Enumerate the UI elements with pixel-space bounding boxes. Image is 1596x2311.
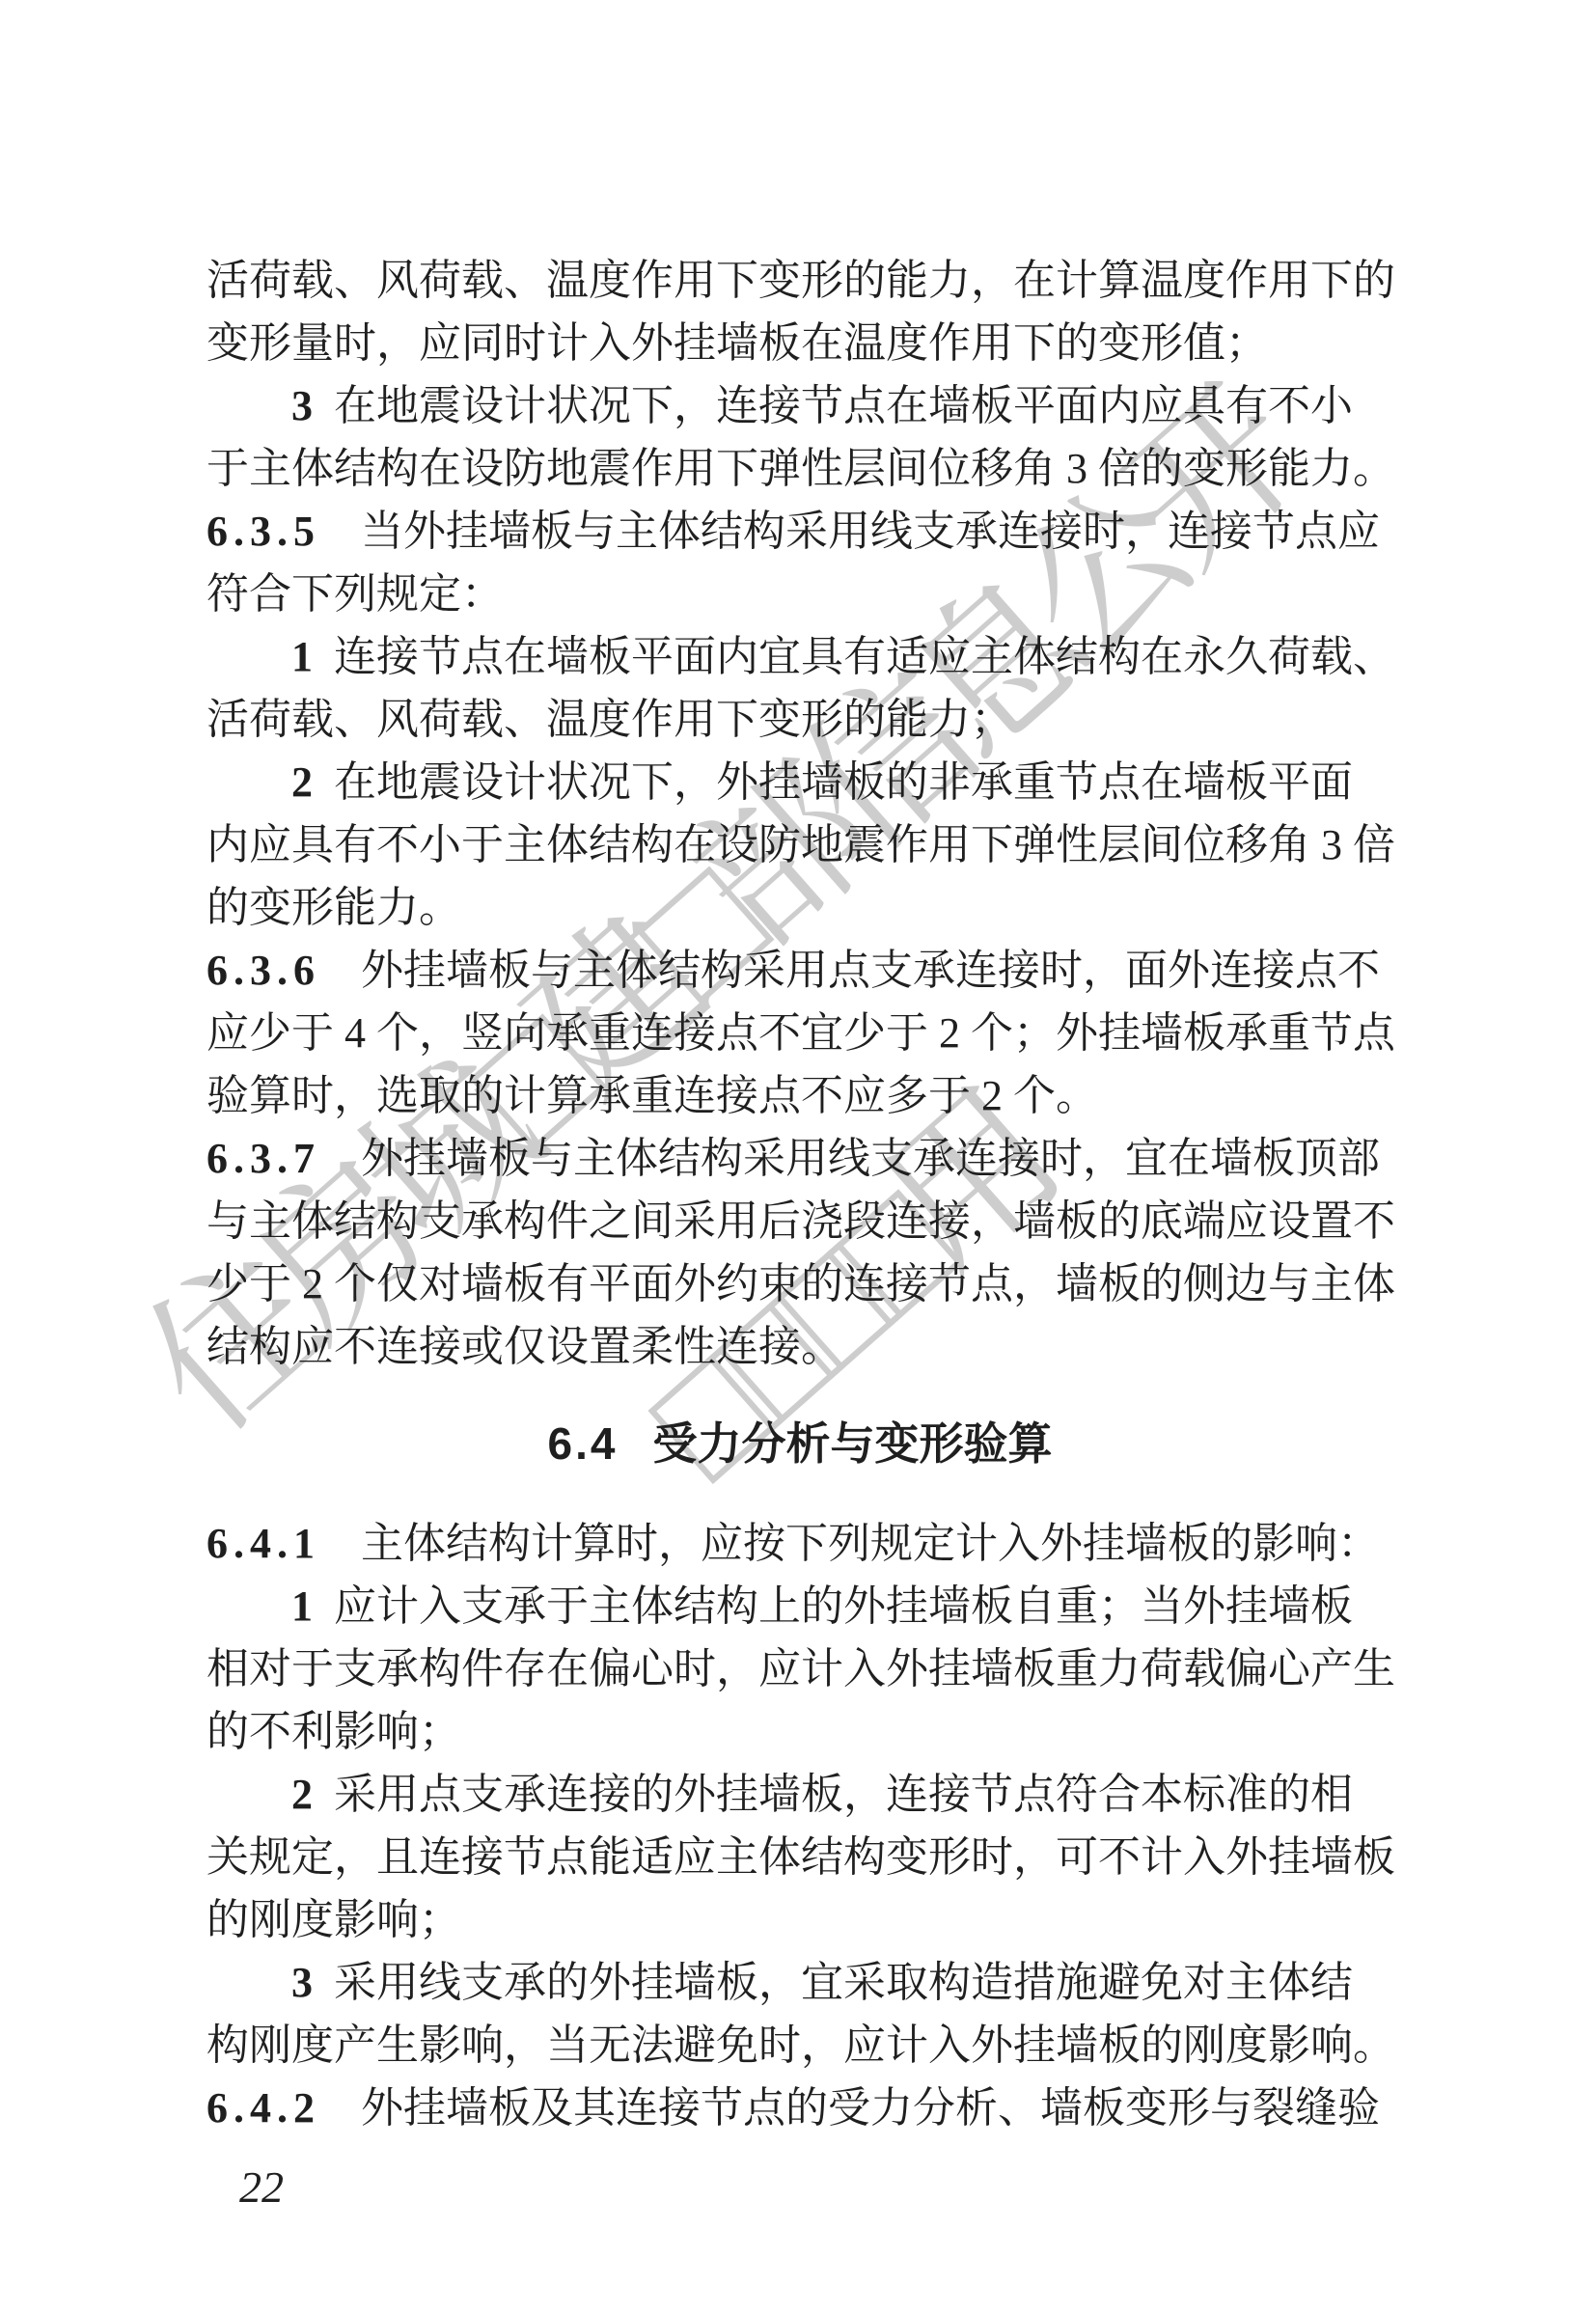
line-text: 应计入支承于主体结构上的外挂墙板自重；当外挂墙板 bbox=[334, 1582, 1353, 1630]
line-text: 主体结构计算时，应按下列规定计入外挂墙板的影响： bbox=[361, 1520, 1380, 1567]
line-text: 受力分析与变形验算 bbox=[652, 1418, 1052, 1469]
section-heading: 6.4受力分析与变形验算 bbox=[206, 1413, 1393, 1475]
text-line-4: 于主体结构在设防地震作用下弹性层间位移角 3 倍的变形能力。 bbox=[206, 437, 1393, 500]
text-line-11: 的变形能力。 bbox=[206, 876, 1393, 939]
line-text: 外挂墙板与主体结构采用线支承连接时，宜在墙板顶部 bbox=[361, 1135, 1380, 1182]
text-line-20: 6.4.1主体结构计算时，应按下列规定计入外挂墙板的影响： bbox=[206, 1512, 1393, 1575]
clause-number: 6.3.6 bbox=[206, 947, 320, 994]
text-line-1: 活荷载、风荷载、温度作用下变形的能力，在计算温度作用下的 bbox=[206, 249, 1393, 312]
line-text: 在地震设计状况下，连接节点在墙板平面内应具有不小 bbox=[334, 382, 1353, 429]
line-text: 于主体结构在设防地震作用下弹性层间位移角 3 倍的变形能力。 bbox=[206, 445, 1395, 492]
text-line-5: 6.3.5当外挂墙板与主体结构采用线支承连接时，连接节点应 bbox=[206, 500, 1393, 563]
clause-number: 6.3.7 bbox=[206, 1135, 320, 1182]
text-line-17: 少于 2 个仅对墙板有平面外约束的连接节点，墙板的侧边与主体 bbox=[206, 1252, 1393, 1315]
line-text: 结构应不连接或仅设置柔性连接。 bbox=[206, 1323, 843, 1370]
line-text: 构刚度产生影响，当无法避免时，应计入外挂墙板的刚度影响。 bbox=[206, 2022, 1395, 2069]
document-page: 住房城□建□部信息公开□□□□用 活荷载、风荷载、温度作用下变形的能力，在计算温… bbox=[0, 0, 1596, 2311]
text-line-8: 活荷载、风荷载、温度作用下变形的能力； bbox=[206, 688, 1393, 751]
clause-number: 6.4.1 bbox=[206, 1520, 320, 1567]
text-line-22: 相对于支承构件存在偏心时，应计入外挂墙板重力荷载偏心产生 bbox=[206, 1637, 1393, 1700]
text-line-7: 1连接节点在墙板平面内宜具有适应主体结构在永久荷载、 bbox=[206, 625, 1393, 688]
clause-number: 6.4.2 bbox=[206, 2084, 320, 2132]
item-number: 2 bbox=[291, 1771, 313, 1818]
text-line-3: 3在地震设计状况下，连接节点在墙板平面内应具有不小 bbox=[206, 374, 1393, 437]
line-text: 连接节点在墙板平面内宜具有适应主体结构在永久荷载、 bbox=[334, 633, 1395, 680]
item-number: 1 bbox=[291, 1582, 313, 1630]
item-number: 2 bbox=[291, 758, 313, 806]
text-line-29: 6.4.2外挂墙板及其连接节点的受力分析、墙板变形与裂缝验 bbox=[206, 2077, 1393, 2139]
item-number: 1 bbox=[291, 633, 313, 680]
text-line-23: 的不利影响； bbox=[206, 1700, 1393, 1763]
text-line-9: 2在地震设计状况下，外挂墙板的非承重节点在墙板平面 bbox=[206, 751, 1393, 813]
line-text: 当外挂墙板与主体结构采用线支承连接时，连接节点应 bbox=[361, 508, 1380, 555]
text-line-25: 关规定，且连接节点能适应主体结构变形时，可不计入外挂墙板 bbox=[206, 1826, 1393, 1888]
page-number: 22 bbox=[239, 2161, 284, 2213]
text-line-2: 变形量时，应同时计入外挂墙板在温度作用下的变形值； bbox=[206, 312, 1393, 374]
line-text: 外挂墙板与主体结构采用点支承连接时，面外连接点不 bbox=[361, 947, 1380, 994]
line-text: 符合下列规定： bbox=[206, 570, 504, 618]
text-line-10: 内应具有不小于主体结构在设防地震作用下弹性层间位移角 3 倍 bbox=[206, 813, 1393, 876]
text-line-14: 验算时，选取的计算承重连接点不应多于 2 个。 bbox=[206, 1064, 1393, 1127]
text-line-15: 6.3.7外挂墙板与主体结构采用线支承连接时，宜在墙板顶部 bbox=[206, 1127, 1393, 1190]
line-text: 在地震设计状况下，外挂墙板的非承重节点在墙板平面 bbox=[334, 758, 1353, 806]
line-text: 少于 2 个仅对墙板有平面外约束的连接节点，墙板的侧边与主体 bbox=[206, 1260, 1395, 1307]
line-text: 采用线支承的外挂墙板，宜采取构造措施避免对主体结 bbox=[334, 1959, 1353, 2006]
line-text: 内应具有不小于主体结构在设防地震作用下弹性层间位移角 3 倍 bbox=[206, 821, 1395, 868]
text-line-21: 1应计入支承于主体结构上的外挂墙板自重；当外挂墙板 bbox=[206, 1575, 1393, 1637]
line-text: 验算时，选取的计算承重连接点不应多于 2 个。 bbox=[206, 1072, 1098, 1119]
line-text: 活荷载、风荷载、温度作用下变形的能力； bbox=[206, 696, 1013, 743]
line-text: 的不利影响； bbox=[206, 1708, 461, 1755]
line-text: 应少于 4 个，竖向承重连接点不宜少于 2 个；外挂墙板承重节点 bbox=[206, 1009, 1395, 1057]
text-line-6: 符合下列规定： bbox=[206, 563, 1393, 625]
text-line-26: 的刚度影响； bbox=[206, 1888, 1393, 1951]
item-number: 3 bbox=[291, 1959, 313, 2006]
text-block: 活荷载、风荷载、温度作用下变形的能力，在计算温度作用下的变形量时，应同时计入外挂… bbox=[206, 249, 1393, 2139]
text-line-13: 应少于 4 个，竖向承重连接点不宜少于 2 个；外挂墙板承重节点 bbox=[206, 1002, 1393, 1064]
text-line-18: 结构应不连接或仅设置柔性连接。 bbox=[206, 1315, 1393, 1378]
clause-number: 6.3.5 bbox=[206, 508, 320, 555]
line-text: 采用点支承连接的外挂墙板，连接节点符合本标准的相 bbox=[334, 1771, 1353, 1818]
line-text: 与主体结构支承构件之间采用后浇段连接，墙板的底端应设置不 bbox=[206, 1197, 1395, 1245]
text-line-24: 2采用点支承连接的外挂墙板，连接节点符合本标准的相 bbox=[206, 1763, 1393, 1826]
item-number: 3 bbox=[291, 382, 313, 429]
text-line-16: 与主体结构支承构件之间采用后浇段连接，墙板的底端应设置不 bbox=[206, 1190, 1393, 1252]
line-text: 外挂墙板及其连接节点的受力分析、墙板变形与裂缝验 bbox=[361, 2084, 1380, 2132]
line-text: 的变形能力。 bbox=[206, 884, 461, 931]
line-text: 关规定，且连接节点能适应主体结构变形时，可不计入外挂墙板 bbox=[206, 1833, 1395, 1881]
text-line-12: 6.3.6外挂墙板与主体结构采用点支承连接时，面外连接点不 bbox=[206, 939, 1393, 1002]
line-text: 的刚度影响； bbox=[206, 1896, 461, 1943]
text-line-27: 3采用线支承的外挂墙板，宜采取构造措施避免对主体结 bbox=[206, 1951, 1393, 2014]
line-text: 变形量时，应同时计入外挂墙板在温度作用下的变形值； bbox=[206, 319, 1268, 367]
line-text: 相对于支承构件存在偏心时，应计入外挂墙板重力荷载偏心产生 bbox=[206, 1645, 1395, 1692]
text-line-28: 构刚度产生影响，当无法避免时，应计入外挂墙板的刚度影响。 bbox=[206, 2014, 1393, 2077]
clause-number: 6.4 bbox=[548, 1418, 619, 1469]
line-text: 活荷载、风荷载、温度作用下变形的能力，在计算温度作用下的 bbox=[206, 257, 1395, 304]
